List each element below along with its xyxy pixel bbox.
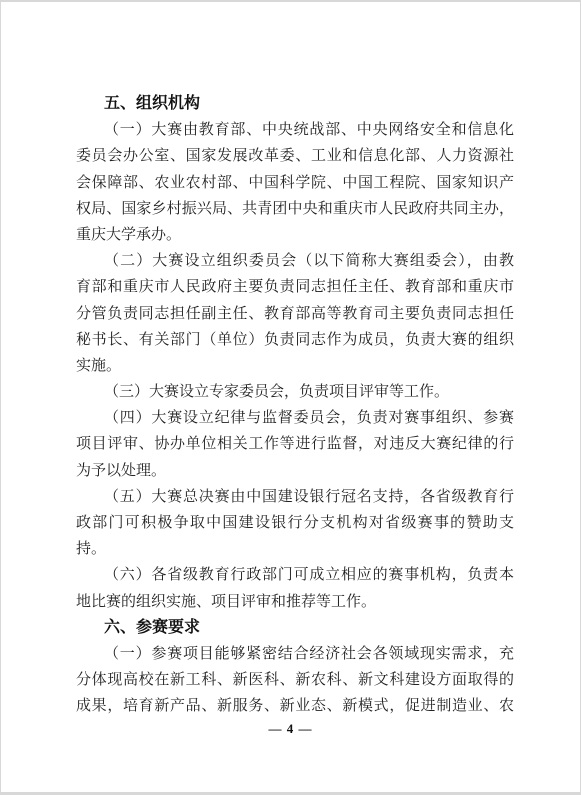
text-line: 地比赛的组织实施、项目评审和推荐等工作。 — [76, 589, 514, 615]
text-line: （六）各省级教育行政部门可成立相应的赛事机构，负责本 — [76, 562, 514, 588]
text-line: 成果，培育新产品、新服务、新业态、新模式，促进制造业、农 — [76, 693, 514, 719]
text-line: 分体现高校在新工科、新医科、新农科、新文科建设方面取得的 — [76, 667, 514, 693]
section-heading: 五、组织机构 — [76, 91, 514, 117]
viewer-background: { "style": { "edge_color": "#d8d8d8", "p… — [0, 0, 581, 795]
section-heading: 六、参赛要求 — [76, 615, 514, 641]
text-line: 委员会办公室、国家发展改革委、工业和信息化部、人力资源社 — [76, 143, 514, 169]
text-line: 重庆大学承办。 — [76, 222, 514, 248]
text-line: 权局、国家乡村振兴局、共青团中央和重庆市人民政府共同主办， — [76, 196, 514, 222]
text-line: 分管负责同志担任副主任、教育部高等教育司主要负责同志担任 — [76, 301, 514, 327]
text-line: （三）大赛设立专家委员会，负责项目评审等工作。 — [76, 379, 514, 405]
text-line: （五）大赛总决赛由中国建设银行冠名支持，各省级教育行 — [76, 484, 514, 510]
text-line: 会保障部、农业农村部、中国科学院、中国工程院、国家知识产 — [76, 170, 514, 196]
page-number: — 4 — — [1, 721, 580, 737]
text-line: 为予以处理。 — [76, 458, 514, 484]
document-content: 五、组织机构（一）大赛由教育部、中央统战部、中央网络安全和信息化委员会办公室、国… — [1, 2, 514, 720]
text-line: （一）参赛项目能够紧密结合经济社会各领域现实需求，充 — [76, 641, 514, 667]
text-line: 实施。 — [76, 353, 514, 379]
text-line: （二）大赛设立组织委员会（以下简称大赛组委会），由教 — [76, 248, 514, 274]
text-line: 秘书长、有关部门（单位）负责同志作为成员，负责大赛的组织 — [76, 327, 514, 353]
text-line: （一）大赛由教育部、中央统战部、中央网络安全和信息化 — [76, 117, 514, 143]
text-line: 项目评审、协办单位相关工作等进行监督，对违反大赛纪律的行 — [76, 431, 514, 457]
text-line: 政部门可积极争取中国建设银行分支机构对省级赛事的赞助支 — [76, 510, 514, 536]
text-line: 育部和重庆市人民政府主要负责同志担任主任、教育部和重庆市 — [76, 274, 514, 300]
document-page: 五、组织机构（一）大赛由教育部、中央统战部、中央网络安全和信息化委员会办公室、国… — [1, 2, 580, 792]
text-line: 持。 — [76, 536, 514, 562]
text-line: （四）大赛设立纪律与监督委员会，负责对赛事组织、参赛 — [76, 405, 514, 431]
